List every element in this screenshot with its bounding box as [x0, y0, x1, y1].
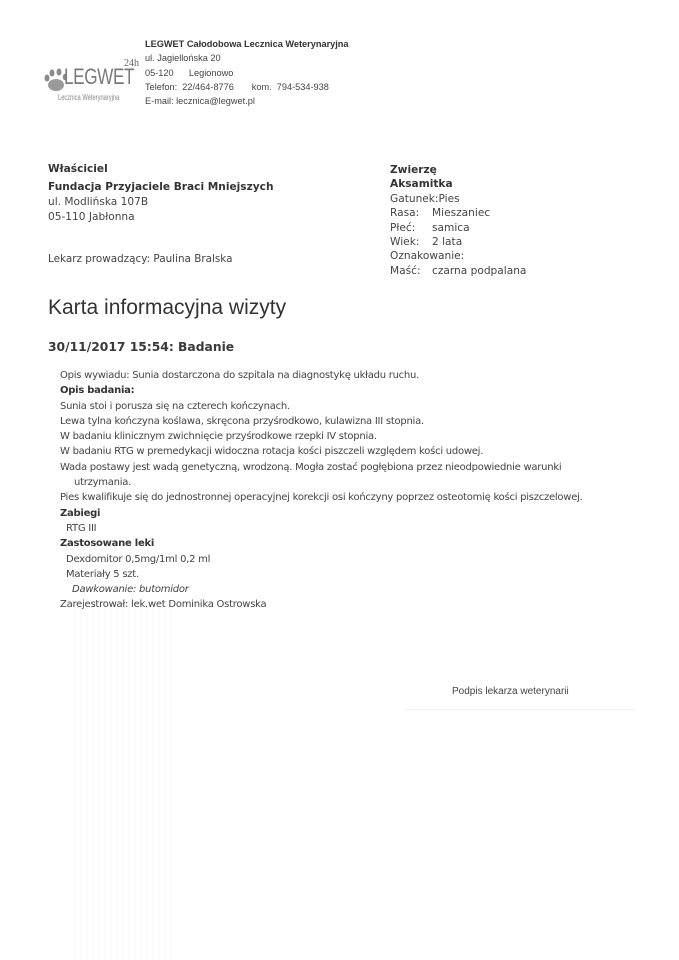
clinic-name: LEGWET Całodobowa Lecznica Weterynaryjna — [145, 37, 349, 51]
animal-block: Zwierzę Aksamitka Gatunek:Pies Rasa:Mies… — [390, 163, 526, 278]
logo-subtitle: Lecznica Weterynaryjna — [58, 93, 119, 102]
exam-line: Pies kwalifikuje się do jednostronnej op… — [60, 490, 650, 505]
owner-city: 05-110 Jabłonna — [48, 210, 274, 225]
clinic-logo: LEGWET 24h Lecznica Weterynaryjna — [42, 60, 142, 120]
exam-line: Lewa tylna kończyna koślawa, skręcona pr… — [60, 414, 650, 429]
procedure-item: RTG III — [60, 521, 650, 536]
registered-by: Zarejestrował: lek.wet Dominika Ostrowsk… — [60, 597, 650, 612]
drug-item: Materiały 5 szt. — [60, 567, 650, 582]
animal-color: Maść:czarna podpalana — [390, 264, 526, 278]
signature-line — [405, 709, 635, 710]
owner-street: ul. Modlińska 107B — [48, 195, 274, 210]
exam-line: Sunia stoi i porusza się na czterech koń… — [60, 399, 650, 414]
animal-name: Aksamitka — [390, 177, 526, 191]
drugs-label: Zastosowane leki — [60, 536, 650, 551]
clinic-city: 05-120 Legionowo — [145, 66, 349, 80]
animal-sex: Płeć:samica — [390, 221, 526, 235]
exam-line: Wada postawy jest wadą genetyczną, wrodz… — [60, 460, 650, 475]
procedures-label: Zabiegi — [60, 506, 650, 521]
exam-line: utrzymania. — [60, 475, 650, 490]
animal-label: Zwierzę — [390, 163, 526, 177]
visit-body: Opis wywiadu: Sunia dostarczona do szpit… — [60, 368, 650, 613]
document-title: Karta informacyjna wizyty — [48, 296, 286, 320]
attending-doctor: Lekarz prowadzący: Paulina Bralska — [48, 253, 232, 265]
owner-block: Właściciel Fundacja Przyjaciele Braci Mn… — [48, 162, 274, 225]
drug-item: Dexdomitor 0,5mg/1ml 0,2 ml — [60, 552, 650, 567]
clinic-header: LEGWET Całodobowa Lecznica Weterynaryjna… — [145, 37, 349, 108]
history: Opis wywiadu: Sunia dostarczona do szpit… — [60, 368, 650, 383]
logo-badge: 24h — [124, 58, 139, 69]
animal-breed: Rasa:Mieszaniec — [390, 206, 526, 220]
clinic-street: ul. Jagiellońska 20 — [145, 51, 349, 65]
owner-organization: Fundacja Przyjaciele Braci Mniejszych — [48, 180, 274, 195]
dosage: Dawkowanie: butomidor — [60, 582, 650, 597]
exam-label: Opis badania: — [60, 383, 650, 398]
exam-line: W badaniu klinicznym zwichnięcie przyśro… — [60, 429, 650, 444]
owner-label: Właściciel — [48, 162, 274, 177]
clinic-phone: Telefon: 22/464-8776 kom. 794-534-938 — [145, 80, 349, 94]
exam-line: W badaniu RTG w premedykacji widoczna ro… — [60, 444, 650, 459]
animal-age: Wiek:2 lata — [390, 235, 526, 249]
animal-species: Gatunek:Pies — [390, 192, 526, 206]
scan-artifact — [70, 600, 175, 960]
animal-marking: Oznakowanie: — [390, 249, 526, 263]
signature-label: Podpis lekarza weterynarii — [452, 686, 569, 697]
clinic-email: E-mail: lecznica@legwet.pl — [145, 94, 349, 108]
visit-header: 30/11/2017 15:54: Badanie — [48, 340, 234, 354]
